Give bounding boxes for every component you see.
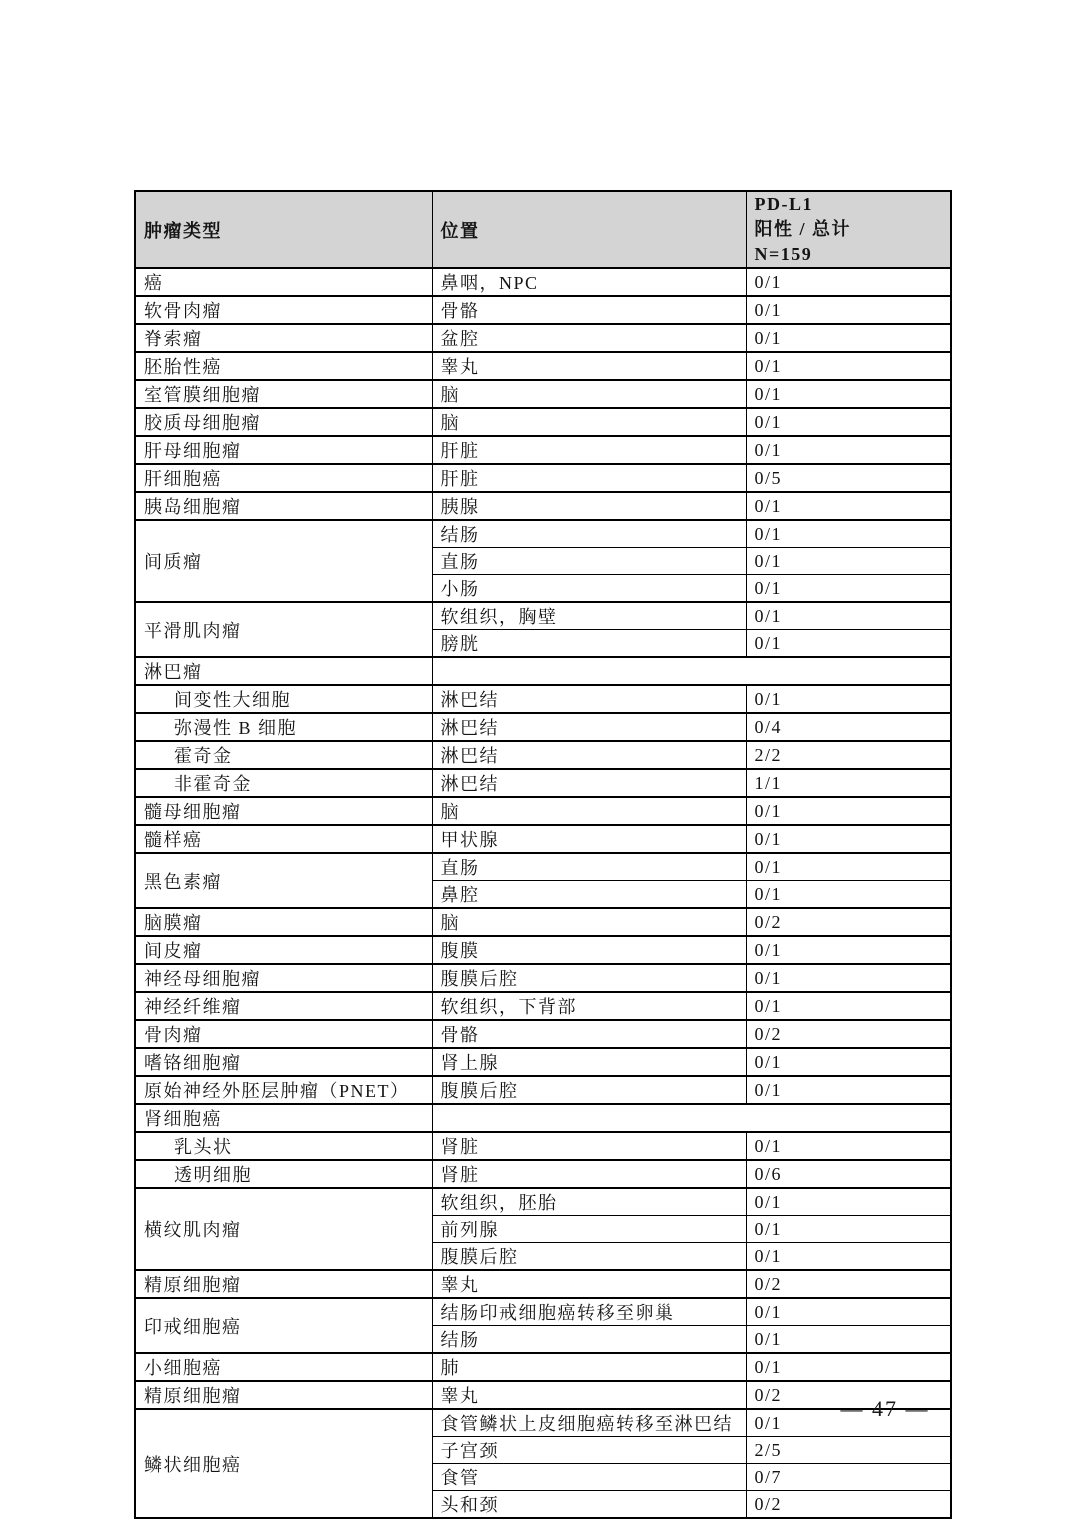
table-row: 黑色素瘤直肠0/1 (135, 853, 951, 881)
table-row: 肾细胞癌 (135, 1104, 951, 1132)
table-row: 骨肉瘤骨骼0/2 (135, 1020, 951, 1048)
value-cell: 0/7 (746, 1464, 951, 1491)
tumor-type-cell: 神经纤维瘤 (135, 992, 432, 1020)
tumor-type-cell: 髓样癌 (135, 825, 432, 853)
location-cell: 甲状腺 (432, 825, 746, 853)
table-row: 乳头状肾脏0/1 (135, 1132, 951, 1160)
tumor-type-cell: 肝细胞癌 (135, 464, 432, 492)
location-cell: 睾丸 (432, 1270, 746, 1298)
table-row: 脊索瘤盆腔0/1 (135, 324, 951, 352)
value-cell: 0/1 (746, 1188, 951, 1216)
value-cell: 0/6 (746, 1160, 951, 1188)
tumor-type-cell: 间变性大细胞 (135, 685, 432, 713)
tumor-type-cell: 透明细胞 (135, 1160, 432, 1188)
location-cell: 头和颈 (432, 1491, 746, 1519)
location-cell: 肝脏 (432, 436, 746, 464)
table-row: 癌鼻咽，NPC0/1 (135, 268, 951, 296)
tumor-type-cell: 髓母细胞瘤 (135, 797, 432, 825)
pdl1-header-line1: PD-L1 (755, 192, 947, 217)
location-cell: 直肠 (432, 548, 746, 575)
tumor-type-cell: 弥漫性 B 细胞 (135, 713, 432, 741)
location-cell: 睾丸 (432, 352, 746, 380)
table-row: 嗜铬细胞瘤肾上腺0/1 (135, 1048, 951, 1076)
value-cell: 0/1 (746, 1132, 951, 1160)
value-cell: 0/1 (746, 630, 951, 658)
location-cell: 肺 (432, 1353, 746, 1381)
table-row: 软骨肉瘤骨骼0/1 (135, 296, 951, 324)
tumor-type-cell: 神经母细胞瘤 (135, 964, 432, 992)
location-cell: 胰腺 (432, 492, 746, 520)
location-cell: 前列腺 (432, 1216, 746, 1243)
location-cell: 脑 (432, 797, 746, 825)
document-page: 肿瘤类型 位置 PD-L1 阳性 / 总计 N=159 癌鼻咽，NPC0/1软骨… (0, 0, 1080, 1527)
tumor-type-cell: 嗜铬细胞瘤 (135, 1048, 432, 1076)
tumor-type-cell: 骨肉瘤 (135, 1020, 432, 1048)
value-cell: 0/1 (746, 324, 951, 352)
tumor-type-cell: 小细胞癌 (135, 1353, 432, 1381)
tumor-type-cell: 胚胎性癌 (135, 352, 432, 380)
table-row: 非霍奇金淋巴结1/1 (135, 769, 951, 797)
tumor-type-cell: 霍奇金 (135, 741, 432, 769)
value-cell: 0/1 (746, 1048, 951, 1076)
pdl1-header-line2: 阳性 / 总计 (755, 217, 947, 242)
table-row: 精原细胞瘤睾丸0/2 (135, 1270, 951, 1298)
location-cell: 食管鳞状上皮细胞癌转移至淋巴结 (432, 1409, 746, 1437)
location-cell: 肾上腺 (432, 1048, 746, 1076)
table-row: 肝母细胞瘤肝脏0/1 (135, 436, 951, 464)
value-cell: 1/1 (746, 769, 951, 797)
value-cell: 0/4 (746, 713, 951, 741)
location-cell: 脑 (432, 408, 746, 436)
tumor-type-cell: 脊索瘤 (135, 324, 432, 352)
col-header-tumor-type: 肿瘤类型 (135, 191, 432, 268)
tumor-type-cell: 非霍奇金 (135, 769, 432, 797)
value-cell: 0/1 (746, 1216, 951, 1243)
tumor-type-cell: 淋巴瘤 (135, 657, 432, 685)
col-header-location: 位置 (432, 191, 746, 268)
tumor-type-cell: 精原细胞瘤 (135, 1381, 432, 1409)
page-number: — 47 — (820, 1396, 950, 1422)
value-cell: 0/1 (746, 797, 951, 825)
table-row: 平滑肌肉瘤软组织，胸壁0/1 (135, 602, 951, 630)
location-cell: 淋巴结 (432, 741, 746, 769)
table-row: 霍奇金淋巴结2/2 (135, 741, 951, 769)
tumor-type-cell: 肾细胞癌 (135, 1104, 432, 1132)
table-row: 间变性大细胞淋巴结0/1 (135, 685, 951, 713)
location-cell: 鼻咽，NPC (432, 268, 746, 296)
value-cell: 0/2 (746, 1270, 951, 1298)
table-row: 横纹肌肉瘤软组织，胚胎0/1 (135, 1188, 951, 1216)
location-cell: 鼻腔 (432, 881, 746, 909)
location-cell: 子宫颈 (432, 1437, 746, 1464)
table-row: 髓母细胞瘤脑0/1 (135, 797, 951, 825)
value-cell: 0/1 (746, 881, 951, 909)
value-cell: 0/1 (746, 602, 951, 630)
tumor-type-cell: 胰岛细胞瘤 (135, 492, 432, 520)
value-cell: 2/2 (746, 741, 951, 769)
value-cell: 0/2 (746, 908, 951, 936)
value-cell: 0/1 (746, 1243, 951, 1271)
location-cell: 淋巴结 (432, 769, 746, 797)
tumor-type-cell: 乳头状 (135, 1132, 432, 1160)
value-cell: 0/1 (746, 825, 951, 853)
tumor-type-cell: 原始神经外胚层肿瘤（PNET） (135, 1076, 432, 1104)
location-cell: 脑 (432, 908, 746, 936)
table-row: 神经纤维瘤软组织，下背部0/1 (135, 992, 951, 1020)
location-cell: 肝脏 (432, 464, 746, 492)
col-header-pdl1: PD-L1 阳性 / 总计 N=159 (746, 191, 951, 268)
value-cell: 0/1 (746, 685, 951, 713)
location-cell: 骨骼 (432, 1020, 746, 1048)
value-cell: 0/2 (746, 1020, 951, 1048)
value-cell: 0/2 (746, 1491, 951, 1519)
location-cell: 小肠 (432, 575, 746, 603)
header-row: 肿瘤类型 位置 PD-L1 阳性 / 总计 N=159 (135, 191, 951, 268)
value-cell: 0/1 (746, 408, 951, 436)
location-cell: 腹膜后腔 (432, 964, 746, 992)
merged-empty-cell (432, 1104, 951, 1132)
location-cell: 肾脏 (432, 1160, 746, 1188)
table-row: 间皮瘤腹膜0/1 (135, 936, 951, 964)
location-cell: 软组织，胚胎 (432, 1188, 746, 1216)
value-cell: 0/1 (746, 992, 951, 1020)
location-cell: 腹膜后腔 (432, 1076, 746, 1104)
location-cell: 结肠印戒细胞癌转移至卵巢 (432, 1298, 746, 1326)
tumor-type-cell: 胶质母细胞瘤 (135, 408, 432, 436)
location-cell: 脑 (432, 380, 746, 408)
table-row: 胶质母细胞瘤脑0/1 (135, 408, 951, 436)
table-row: 肝细胞癌肝脏0/5 (135, 464, 951, 492)
value-cell: 0/5 (746, 464, 951, 492)
value-cell: 0/1 (746, 1353, 951, 1381)
tumor-type-cell: 脑膜瘤 (135, 908, 432, 936)
table-header: 肿瘤类型 位置 PD-L1 阳性 / 总计 N=159 (135, 191, 951, 268)
table-row: 室管膜细胞瘤脑0/1 (135, 380, 951, 408)
location-cell: 食管 (432, 1464, 746, 1491)
value-cell: 0/1 (746, 380, 951, 408)
pdl1-header-line3: N=159 (755, 242, 947, 267)
table-row: 胰岛细胞瘤胰腺0/1 (135, 492, 951, 520)
tumor-type-cell: 鳞状细胞癌 (135, 1409, 432, 1518)
value-cell: 0/1 (746, 575, 951, 603)
table-row: 髓样癌甲状腺0/1 (135, 825, 951, 853)
location-cell: 软组织，胸壁 (432, 602, 746, 630)
tumor-type-cell: 间皮瘤 (135, 936, 432, 964)
value-cell: 0/1 (746, 936, 951, 964)
value-cell: 0/1 (746, 268, 951, 296)
table-body: 癌鼻咽，NPC0/1软骨肉瘤骨骼0/1脊索瘤盆腔0/1胚胎性癌睾丸0/1室管膜细… (135, 268, 951, 1518)
location-cell: 结肠 (432, 1326, 746, 1354)
location-cell: 腹膜 (432, 936, 746, 964)
value-cell: 0/1 (746, 492, 951, 520)
value-cell: 0/1 (746, 352, 951, 380)
value-cell: 0/1 (746, 1076, 951, 1104)
table-row: 脑膜瘤脑0/2 (135, 908, 951, 936)
table-row: 弥漫性 B 细胞淋巴结0/4 (135, 713, 951, 741)
table-row: 透明细胞肾脏0/6 (135, 1160, 951, 1188)
value-cell: 0/1 (746, 436, 951, 464)
value-cell: 0/1 (746, 1298, 951, 1326)
value-cell: 0/1 (746, 520, 951, 548)
location-cell: 肾脏 (432, 1132, 746, 1160)
table-row: 间质瘤结肠0/1 (135, 520, 951, 548)
tumor-type-cell: 肝母细胞瘤 (135, 436, 432, 464)
tumor-type-cell: 印戒细胞癌 (135, 1298, 432, 1353)
value-cell: 2/5 (746, 1437, 951, 1464)
pdl1-table: 肿瘤类型 位置 PD-L1 阳性 / 总计 N=159 癌鼻咽，NPC0/1软骨… (134, 190, 952, 1519)
location-cell: 盆腔 (432, 324, 746, 352)
location-cell: 软组织，下背部 (432, 992, 746, 1020)
tumor-type-cell: 软骨肉瘤 (135, 296, 432, 324)
table-row: 神经母细胞瘤腹膜后腔0/1 (135, 964, 951, 992)
table-row: 胚胎性癌睾丸0/1 (135, 352, 951, 380)
value-cell: 0/1 (746, 1326, 951, 1354)
location-cell: 膀胱 (432, 630, 746, 658)
value-cell: 0/1 (746, 964, 951, 992)
tumor-type-cell: 横纹肌肉瘤 (135, 1188, 432, 1270)
tumor-type-cell: 黑色素瘤 (135, 853, 432, 908)
location-cell: 睾丸 (432, 1381, 746, 1409)
table-row: 淋巴瘤 (135, 657, 951, 685)
tumor-type-cell: 间质瘤 (135, 520, 432, 602)
table-row: 原始神经外胚层肿瘤（PNET）腹膜后腔0/1 (135, 1076, 951, 1104)
tumor-type-cell: 平滑肌肉瘤 (135, 602, 432, 657)
location-cell: 淋巴结 (432, 713, 746, 741)
merged-empty-cell (432, 657, 951, 685)
table-row: 小细胞癌肺0/1 (135, 1353, 951, 1381)
table-row: 印戒细胞癌结肠印戒细胞癌转移至卵巢0/1 (135, 1298, 951, 1326)
location-cell: 直肠 (432, 853, 746, 881)
tumor-type-cell: 室管膜细胞瘤 (135, 380, 432, 408)
tumor-type-cell: 癌 (135, 268, 432, 296)
location-cell: 淋巴结 (432, 685, 746, 713)
location-cell: 腹膜后腔 (432, 1243, 746, 1271)
value-cell: 0/1 (746, 548, 951, 575)
location-cell: 骨骼 (432, 296, 746, 324)
value-cell: 0/1 (746, 853, 951, 881)
value-cell: 0/1 (746, 296, 951, 324)
location-cell: 结肠 (432, 520, 746, 548)
tumor-type-cell: 精原细胞瘤 (135, 1270, 432, 1298)
